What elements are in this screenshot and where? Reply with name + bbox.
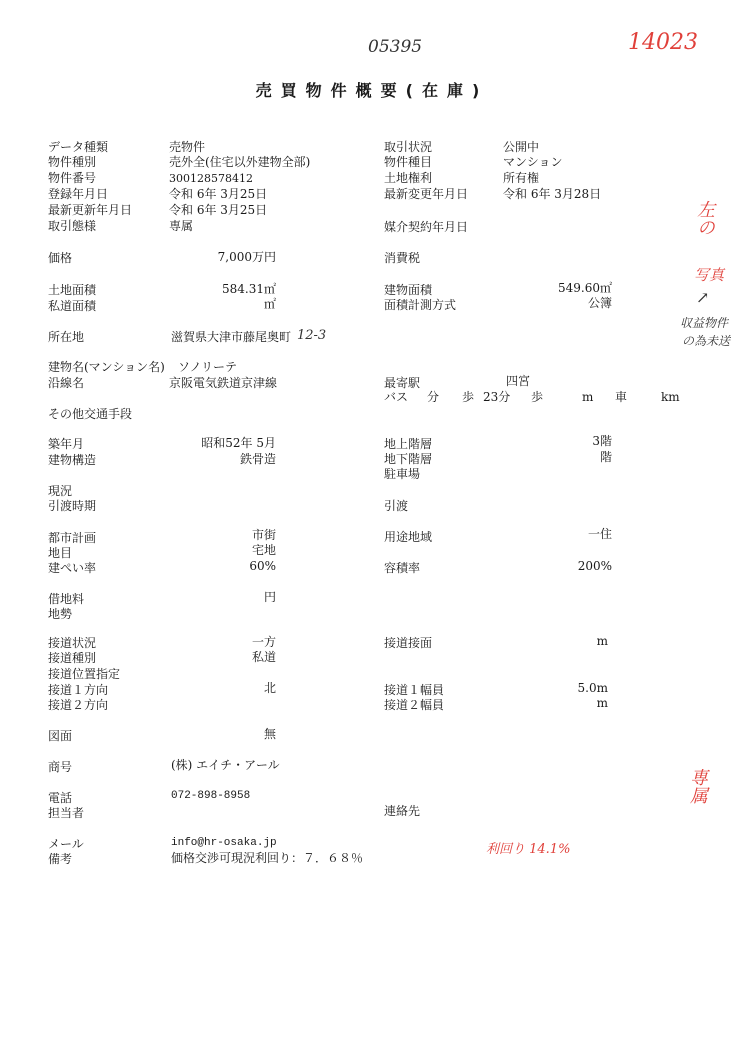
value-structure: 鉄骨造 (180, 452, 276, 467)
value-property-item: マンション (503, 155, 562, 170)
label-building-area: 建物面積 (384, 283, 432, 298)
label-road-status: 接道状況 (48, 636, 96, 651)
value-email: info@hr-osaka.jp (171, 836, 277, 851)
label-built: 築年月 (48, 437, 84, 452)
label-floor-area-ratio: 容積率 (384, 561, 420, 576)
label-transaction-mode: 取引態様 (48, 219, 96, 234)
label-consumption-tax: 消費税 (384, 251, 420, 266)
label-price: 価格 (48, 251, 72, 266)
access-walk-min: 23分 (483, 390, 510, 405)
label-phone: 電話 (48, 791, 72, 806)
label-line-name: 沿線名 (48, 376, 84, 391)
label-land-category: 地目 (48, 546, 72, 561)
value-land-category: 宅地 (180, 543, 276, 558)
value-road-frontage: m (510, 634, 608, 649)
label-road-frontage: 接道接面 (384, 636, 432, 651)
access-car: 車 (615, 390, 627, 405)
label-road2-direction: 接道２方向 (48, 698, 108, 713)
label-other-transport: その他交通手段 (48, 407, 132, 422)
value-data-type: 売物件 (169, 140, 205, 155)
value-land-rent: 円 (180, 590, 276, 605)
handwritten-black-note-2: の為未送 (682, 334, 730, 349)
label-floors-below: 地下階層 (384, 452, 432, 467)
value-company: (株) エイチ・アール (171, 758, 280, 773)
label-road-type: 接道種別 (48, 651, 96, 666)
arrow-icon: ↗ (696, 290, 709, 305)
value-transaction-status: 公開中 (503, 140, 539, 155)
access-walk2: 歩 (531, 390, 543, 405)
handwritten-red-note-2: 写真 (694, 268, 724, 283)
page-title: 売買物件概要(在庫) (0, 78, 744, 101)
value-remarks: 価格交渉可現況利回り：７．６８％ (171, 851, 363, 866)
label-registered-date: 登録年月日 (48, 187, 108, 202)
handwritten-yield-note: 利回り 14.1% (486, 842, 570, 857)
value-phone: 072-898-8958 (171, 789, 250, 804)
handwritten-black-note-1: 収益物件 (680, 316, 728, 331)
value-floors-above: 3階 (510, 434, 612, 449)
value-nearest-station: 四宮 (506, 374, 530, 389)
label-drawing: 図面 (48, 729, 72, 744)
label-building-name: 建物名(マンション名) (48, 360, 165, 375)
label-handover-time: 引渡時期 (48, 499, 96, 514)
value-updated-date: 令和 6年 3月25日 (169, 203, 267, 218)
value-zoning: 一住 (510, 527, 612, 542)
value-built: 昭和52年 5月 (180, 436, 276, 451)
label-coverage-ratio: 建ぺい率 (48, 561, 96, 576)
label-private-road-area: 私道面積 (48, 299, 96, 314)
value-transaction-mode: 専属 (169, 219, 193, 234)
access-meter: m (582, 390, 593, 405)
label-updated-date: 最新更新年月日 (48, 203, 132, 218)
value-price: 7,000万円 (180, 250, 276, 265)
label-brokerage-date: 媒介契約年月日 (384, 220, 468, 235)
label-latest-change-date: 最新変更年月日 (384, 187, 468, 202)
value-floor-area-ratio: 200% (510, 559, 612, 574)
label-company: 商号 (48, 760, 72, 775)
label-road2-width: 接道２幅員 (384, 698, 444, 713)
value-road2-width: m (510, 696, 608, 711)
label-structure: 建物構造 (48, 453, 96, 468)
label-transaction-status: 取引状況 (384, 140, 432, 155)
label-contact: 連絡先 (384, 804, 420, 819)
value-line-name: 京阪電気鉄道京津線 (169, 376, 277, 391)
value-land-area: 584.31㎡ (180, 282, 276, 297)
value-road-status: 一方 (180, 635, 276, 650)
value-road1-direction: 北 (180, 681, 276, 696)
value-land-rights: 所有権 (503, 171, 539, 186)
value-area-method: 公簿 (510, 296, 612, 311)
access-bus: バス (384, 390, 408, 405)
label-road1-direction: 接道１方向 (48, 683, 108, 698)
value-road1-width: 5.0m (510, 681, 608, 696)
handwritten-address-number: 12-3 (297, 328, 326, 343)
access-bus-min: 分 (427, 390, 439, 405)
handwritten-red-number: 14023 (628, 35, 698, 50)
access-walk1: 歩 (462, 390, 474, 405)
value-coverage-ratio: 60% (180, 559, 276, 574)
label-road1-width: 接道１幅員 (384, 683, 444, 698)
access-km: km (661, 390, 680, 405)
value-building-name: ソノリーテ (178, 360, 237, 375)
label-parking: 駐車場 (384, 467, 420, 482)
value-building-area: 549.60㎡ (510, 281, 612, 296)
value-location: 滋賀県大津市藤尾奥町 (171, 330, 291, 345)
label-road-designation: 接道位置指定 (48, 667, 120, 682)
value-property-number: 300128578412 (169, 171, 253, 186)
label-property-item: 物件種目 (384, 155, 432, 170)
label-nearest-station: 最寄駅 (384, 376, 420, 391)
label-area-method: 面積計測方式 (384, 298, 456, 313)
value-property-class: 売外全(住宅以外建物全部) (169, 155, 310, 170)
label-zoning: 用途地域 (384, 530, 432, 545)
value-city-planning: 市街 (180, 528, 276, 543)
label-handover: 引渡 (384, 499, 408, 514)
handwritten-signature: 専属 (686, 768, 708, 804)
value-floors-below: 階 (510, 450, 612, 465)
label-land-rights: 土地権利 (384, 171, 432, 186)
label-property-number: 物件番号 (48, 171, 96, 186)
label-floors-above: 地上階層 (384, 437, 432, 452)
label-remarks: 備考 (48, 852, 72, 867)
label-land-rent: 借地料 (48, 592, 84, 607)
label-status: 現況 (48, 484, 72, 499)
handwritten-number: 05395 (368, 40, 422, 55)
value-drawing: 無 (180, 727, 276, 742)
value-private-road-area: ㎡ (180, 297, 276, 312)
value-latest-change-date: 令和 6年 3月28日 (503, 187, 601, 202)
value-registered-date: 令和 6年 3月25日 (169, 187, 267, 202)
label-location: 所在地 (48, 330, 84, 345)
label-data-type: データ種類 (48, 140, 108, 155)
label-email: メール (48, 837, 84, 852)
value-road-type: 私道 (180, 650, 276, 665)
label-person: 担当者 (48, 806, 84, 821)
handwritten-red-note-1: 左の (694, 200, 714, 236)
label-city-planning: 都市計画 (48, 531, 96, 546)
label-terrain: 地勢 (48, 607, 72, 622)
label-land-area: 土地面積 (48, 283, 96, 298)
label-property-class: 物件種別 (48, 155, 96, 170)
